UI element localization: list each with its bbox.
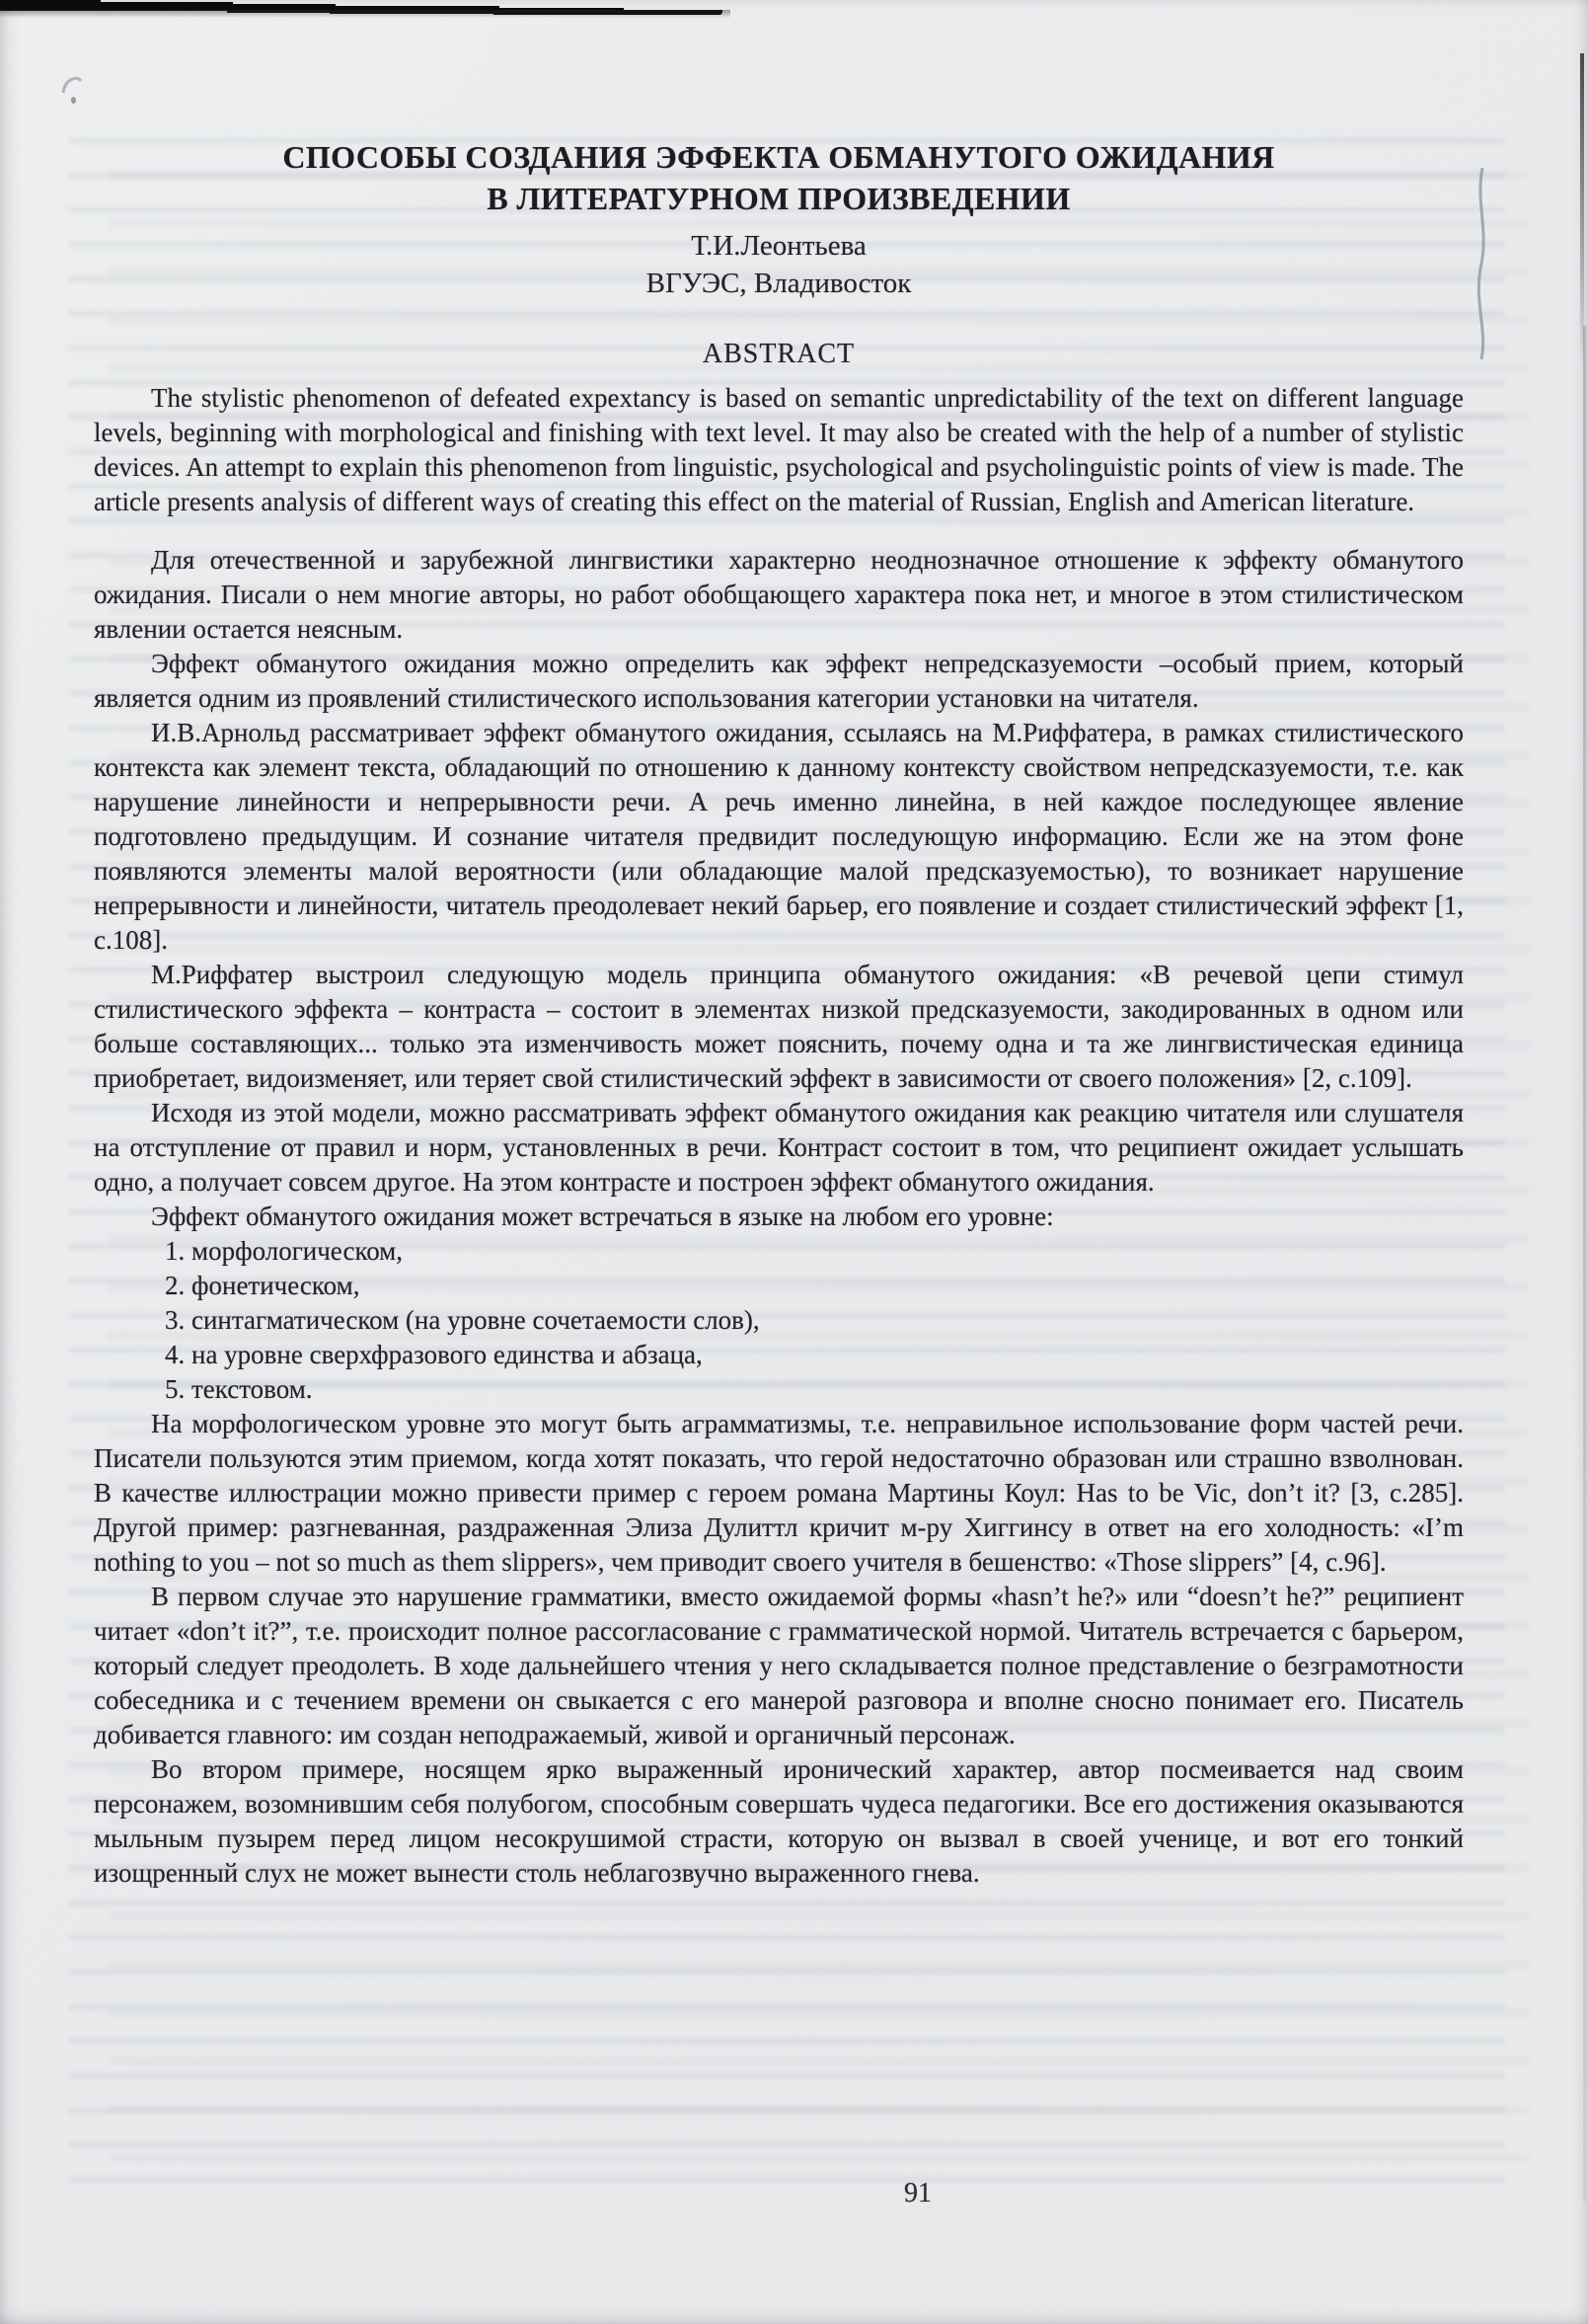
speck-mark (71, 97, 76, 104)
body-paragraph-8: Во втором примере, носящем ярко выраженн… (94, 1752, 1464, 1891)
body-paragraph-5: Исходя из этой модели, можно рассматрива… (94, 1096, 1464, 1200)
list-item-1: 1. морфологическом, (94, 1234, 1464, 1269)
abstract-heading: ABSTRACT (94, 338, 1464, 371)
body-paragraph-2: Эффект обманутого ожидания можно определ… (94, 647, 1464, 716)
list-item-3: 3. синтагматическом (на уровне сочетаемо… (94, 1303, 1464, 1338)
article-title-line1: СПОСОБЫ СОЗДАНИЯ ЭФФЕКТА ОБМАНУТОГО ОЖИД… (282, 139, 1274, 175)
author-name: Т.И.Леонтьева (94, 227, 1464, 265)
language-levels-list: 1. морфологическом, 2. фонетическом, 3. … (94, 1234, 1464, 1407)
article-title-line2: В ЛИТЕРАТУРНОМ ПРОИЗВЕДЕНИИ (487, 181, 1070, 216)
body-paragraph-7: В первом случае это нарушение грамматики… (94, 1580, 1464, 1752)
body-paragraph-6: На морфологическом уровне это могут быть… (94, 1407, 1464, 1580)
list-item-2: 2. фонетическом, (94, 1269, 1464, 1303)
scan-artifact-right-edge-lower (1583, 326, 1586, 2202)
scanned-page: СПОСОБЫ СОЗДАНИЯ ЭФФЕКТА ОБМАНУТОГО ОЖИД… (0, 0, 1588, 2324)
page-number: 91 (904, 2178, 932, 2209)
article-title: СПОСОБЫ СОЗДАНИЯ ЭФФЕКТА ОБМАНУТОГО ОЖИД… (94, 136, 1464, 219)
body-paragraph-4: М.Риффатер выстроил следующую модель при… (94, 958, 1464, 1096)
list-item-4: 4. на уровне сверхфразового единства и а… (94, 1338, 1464, 1372)
affiliation: ВГУЭС, Владивосток (94, 265, 1464, 302)
scan-artifact-top-shadow (0, 10, 730, 18)
pen-mark (59, 69, 85, 99)
article-content: СПОСОБЫ СОЗДАНИЯ ЭФФЕКТА ОБМАНУТОГО ОЖИД… (94, 136, 1464, 1891)
scan-artifact-right-edge (1580, 53, 1584, 369)
pen-squiggle-mark (1473, 166, 1500, 363)
body-paragraph-3: И.В.Арнольд рассматривает эффект обманут… (94, 716, 1464, 958)
body-paragraph-1: Для отечественной и зарубежной лингвисти… (94, 543, 1464, 647)
list-intro: Эффект обманутого ожидания может встреча… (94, 1200, 1464, 1234)
list-item-5: 5. текстовом. (94, 1372, 1464, 1407)
abstract-text: The stylistic phenomenon of defeated exp… (94, 381, 1464, 519)
